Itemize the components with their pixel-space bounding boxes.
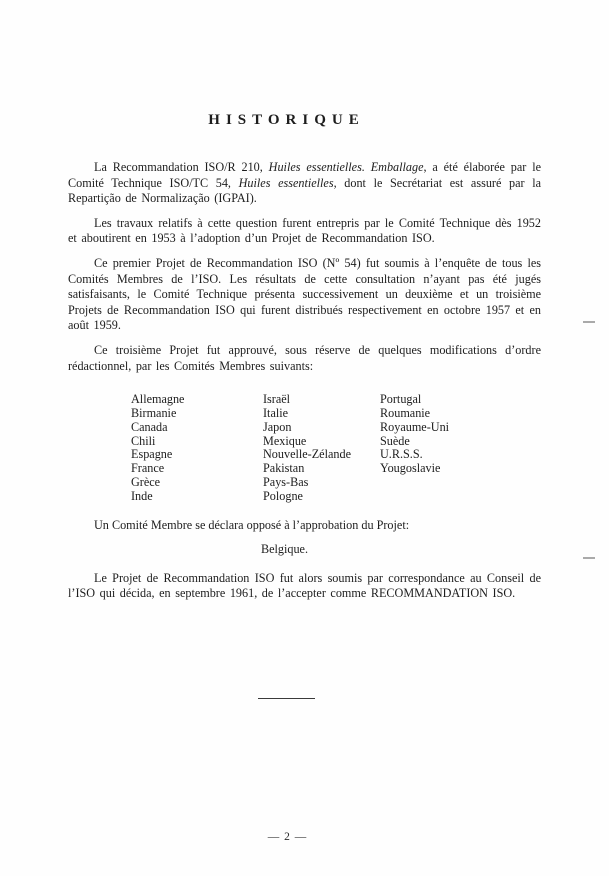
country-item: Israël [263,393,380,407]
country-item: Roumanie [380,407,541,421]
document-content: HISTORIQUE La Recommandation ISO/R 210, … [68,0,541,699]
country-item: Pologne [263,490,380,504]
country-item: Canada [131,421,263,435]
paragraph-closing: Le Projet de Recommandation ISO fut alor… [68,571,541,602]
page-number: — 2 — [0,831,592,843]
paragraph-travaux: Les travaux relatifs à cette question fu… [68,216,541,247]
country-item: Japon [263,421,380,435]
country-item: Pakistan [263,462,380,476]
member-country-list: AllemagneBirmanieCanadaChiliEspagneFranc… [68,393,541,503]
intro-seg-italic-2: Huiles essentielles [239,176,334,190]
country-item: Chili [131,435,263,449]
country-item: Grèce [131,476,263,490]
paragraph-troisieme-projet: Ce troisième Projet fut approuvé, sous r… [68,343,541,374]
member-country-column-2: IsraëlItalieJaponMexiqueNouvelle-Zélande… [263,393,380,503]
country-item: Inde [131,490,263,504]
country-item: Yougoslavie [380,462,541,476]
country-item: Suède [380,435,541,449]
country-item: U.R.S.S. [380,448,541,462]
document-page: HISTORIQUE La Recommandation ISO/R 210, … [0,0,609,876]
end-rule-divider [258,698,315,699]
country-item: Pays-Bas [263,476,380,490]
paragraph-premier-projet: Ce premier Projet de Recommandation ISO … [68,256,541,334]
edge-registration-mark-bottom [583,557,595,559]
paragraph-intro: La Recommandation ISO/R 210, Huiles esse… [68,160,541,207]
country-item: Mexique [263,435,380,449]
country-item: Italie [263,407,380,421]
country-item: Allemagne [131,393,263,407]
page-title: HISTORIQUE [50,112,523,129]
member-country-column-1: AllemagneBirmanieCanadaChiliEspagneFranc… [131,393,263,503]
opposition-member: Belgique. [48,542,521,558]
country-item: Royaume-Uni [380,421,541,435]
edge-registration-mark-top [583,321,595,323]
country-item: Portugal [380,393,541,407]
intro-seg-italic-1: Huiles essentielles. Emballage [269,160,424,174]
country-item: Nouvelle-Zélande [263,448,380,462]
country-item: France [131,462,263,476]
intro-seg-1: La Recommandation ISO/R 210, [94,160,269,174]
country-item: Birmanie [131,407,263,421]
country-item: Espagne [131,448,263,462]
member-country-column-3: PortugalRoumanieRoyaume-UniSuèdeU.R.S.S.… [380,393,541,503]
opposition-intro: Un Comité Membre se déclara opposé à l’a… [68,518,541,534]
